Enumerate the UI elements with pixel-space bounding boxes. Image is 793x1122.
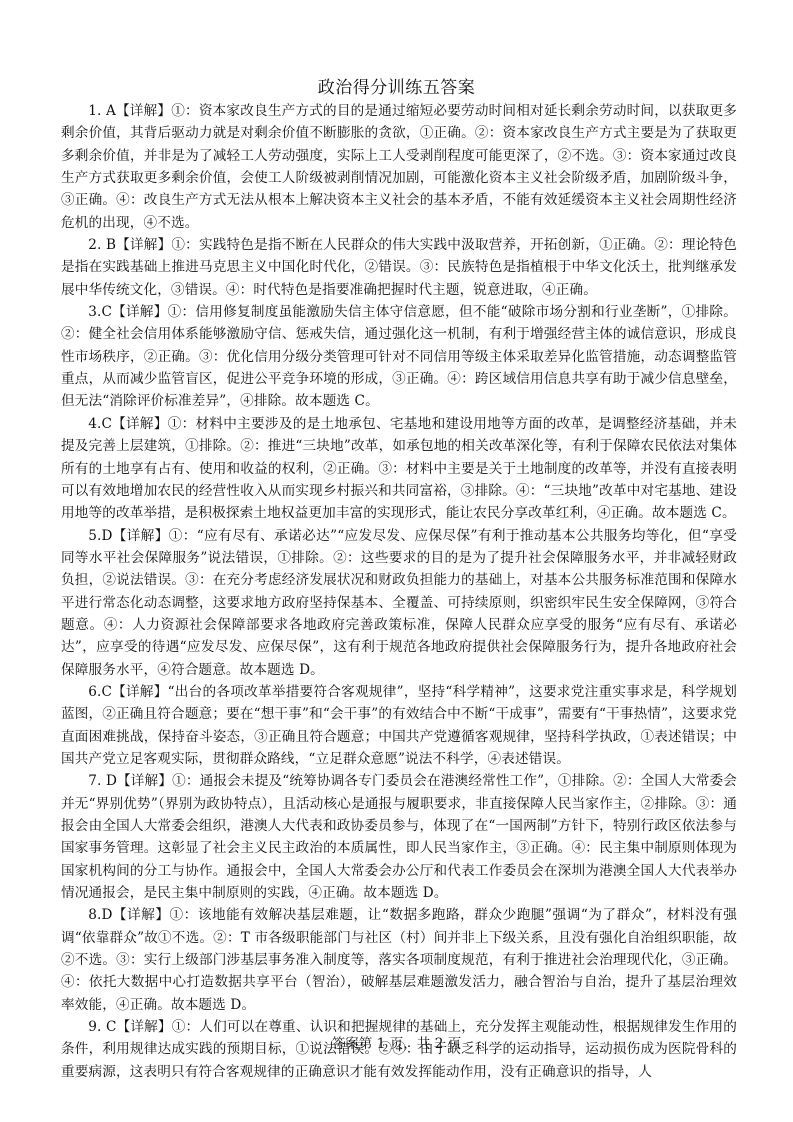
answer-item-4: 4.C【详解】①：材料中主要涉及的是土地承包、宅基地和建设用地等方面的改革，是调… bbox=[61, 413, 737, 525]
answer-item-6: 6.C【详解】“出台的各项改革举措要符合客观规律”，坚持“科学精神”，这要求党注… bbox=[61, 681, 737, 770]
answer-item-1: 1. A【详解】①：资本家改良生产方式的目的是通过缩短必要劳动时间相对延长剩余劳… bbox=[61, 100, 737, 234]
page-footer: 答案第 1 页，共 2 页 bbox=[0, 1034, 793, 1054]
answer-item-5: 5.D【详解】①：“应有尽有、承诺必达”“应发尽发、应保尽保”有利于推动基本公共… bbox=[61, 525, 737, 681]
answer-list: 1. A【详解】①：资本家改良生产方式的目的是通过缩短必要劳动时间相对延长剩余劳… bbox=[61, 100, 737, 1083]
answer-item-8: 8.D【详解】①：该地能有效解决基层难题，让“数据多跑路，群众少跑腿”强调“为了… bbox=[61, 904, 737, 1016]
answer-item-2: 2. B【详解】①：实践特色是指不断在人民群众的伟大实践中汲取营养，开拓创新，①… bbox=[61, 234, 737, 301]
answer-page: 政治得分训练五答案 1. A【详解】①：资本家改良生产方式的目的是通过缩短必要劳… bbox=[0, 0, 793, 1122]
page-title: 政治得分训练五答案 bbox=[0, 76, 793, 100]
answer-item-3: 3.C【详解】①：信用修复制度虽能激励失信主体守信意愿，但不能“破除市场分割和行… bbox=[61, 301, 737, 413]
answer-item-7: 7. D【详解】①：通报会未提及“统筹协调各专门委员会在港澳经常性工作”，①排除… bbox=[61, 770, 737, 904]
